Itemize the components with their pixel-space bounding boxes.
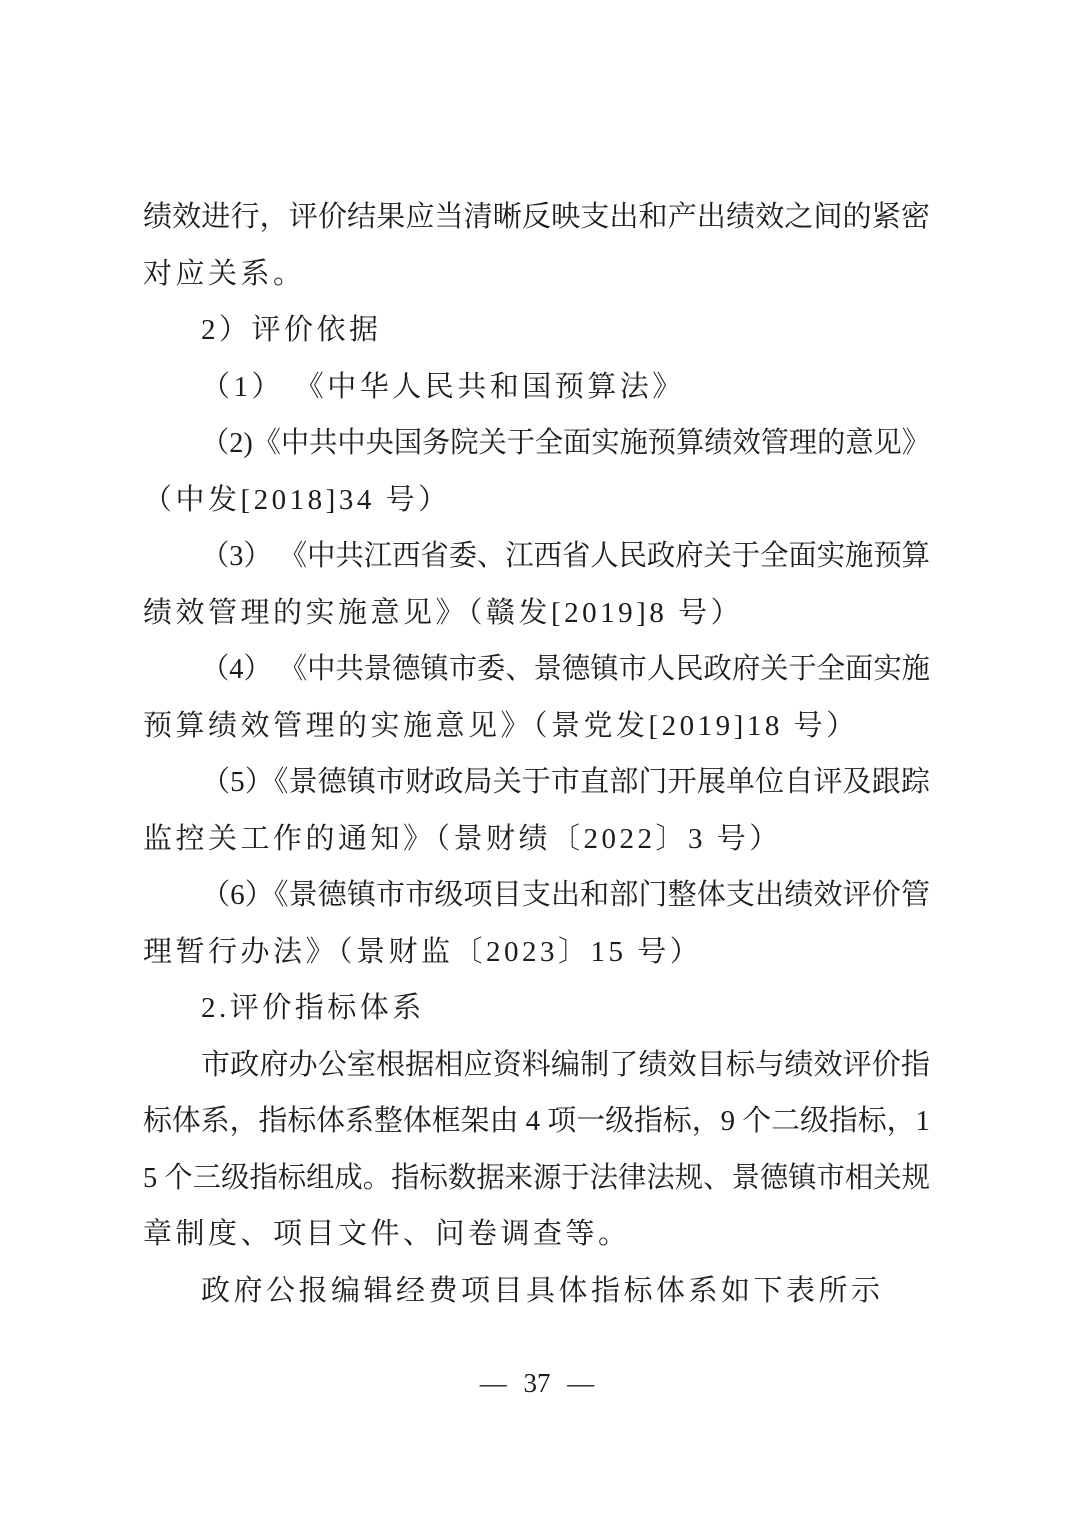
text-line: （4） 《中共景德镇市委、景德镇市人民政府关于全面实施	[143, 641, 930, 698]
text-line: （5）《景德镇市财政局关于市直部门开展单位自评及跟踪	[143, 754, 930, 811]
page-body: 绩效进行，评价结果应当清晰反映支出和产出绩效之间的紧密 对应关系。 2）评价依据…	[143, 189, 930, 1319]
text-line: 理暂行办法》（景财监〔2023〕15 号）	[143, 924, 930, 981]
text-line: 5 个三级指标组成。指标数据来源于法律法规、景德镇市相关规	[143, 1150, 930, 1207]
document-page: 绩效进行，评价结果应当清晰反映支出和产出绩效之间的紧密 对应关系。 2）评价依据…	[0, 0, 1074, 1520]
text-line: 绩效进行，评价结果应当清晰反映支出和产出绩效之间的紧密	[143, 189, 930, 246]
text-line: （1） 《中华人民共和国预算法》	[143, 359, 930, 416]
text-line: 绩效管理的实施意见》（赣发[2019]8 号）	[143, 585, 930, 642]
text-line: （3） 《中共江西省委、江西省人民政府关于全面实施预算	[143, 528, 930, 585]
text-line: 市政府办公室根据相应资料编制了绩效目标与绩效评价指	[143, 1037, 930, 1094]
text-line: 章制度、项目文件、问卷调查等。	[143, 1206, 930, 1263]
text-line: （6）《景德镇市市级项目支出和部门整体支出绩效评价管	[143, 867, 930, 924]
text-line: （2)《中共中央国务院关于全面实施预算绩效管理的意见》	[143, 415, 930, 472]
text-line: （中发[2018]34 号）	[143, 472, 930, 529]
text-line: 监控关工作的通知》（景财绩〔2022〕3 号）	[143, 811, 930, 868]
page-number: — 37 —	[0, 1366, 1074, 1400]
text-line: 2）评价依据	[143, 302, 930, 359]
text-line: 对应关系。	[143, 246, 930, 303]
text-line: 2.评价指标体系	[143, 980, 930, 1037]
text-line: 预算绩效管理的实施意见》（景党发[2019]18 号）	[143, 698, 930, 755]
text-line: 政府公报编辑经费项目具体指标体系如下表所示	[143, 1263, 930, 1320]
text-line: 标体系，指标体系整体框架由 4 项一级指标，9 个二级指标，1	[143, 1093, 930, 1150]
